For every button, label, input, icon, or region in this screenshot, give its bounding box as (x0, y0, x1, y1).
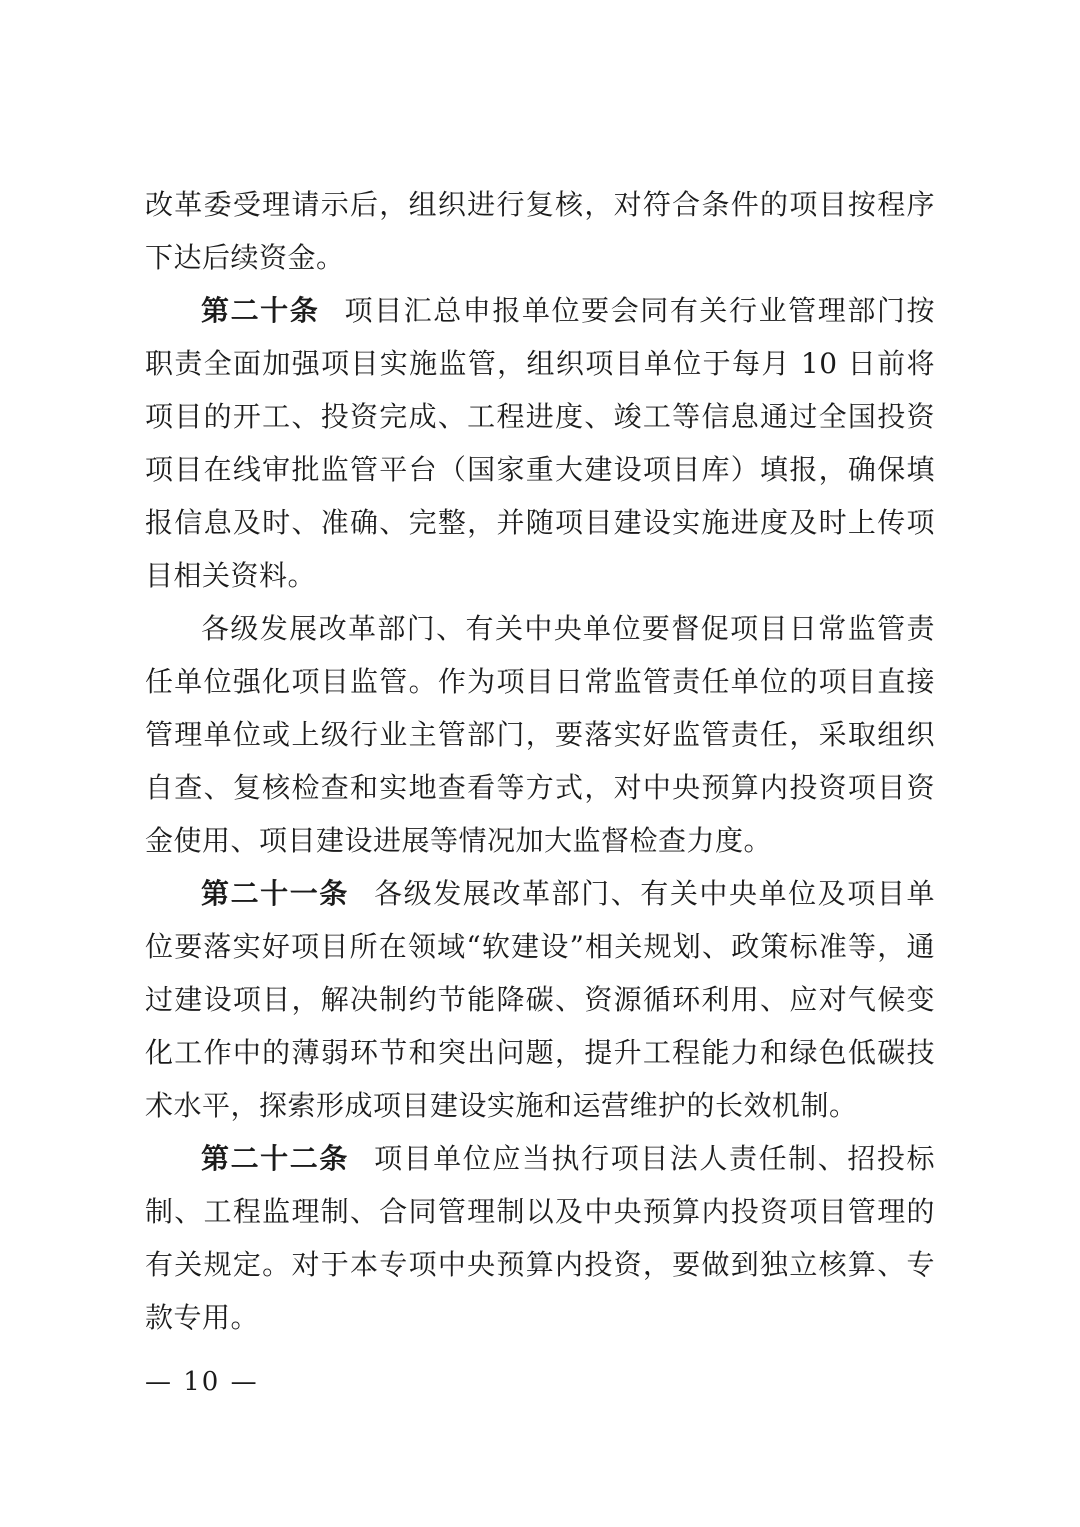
paragraph-text: 各级发展改革部门、有关中央单位要督促项目日常监管责任单位强化项目监管。作为项目日… (145, 612, 935, 857)
page-number-text: — 10 — (145, 1367, 259, 1397)
paragraph-article-21: 第二十一条各级发展改革部门、有关中央单位及项目单位要落实好项目所在领域“软建设”… (145, 867, 935, 1132)
document-page: 改革委受理请示后，组织进行复核，对符合条件的项目按程序下达后续资金。 第二十条项… (0, 0, 1080, 1527)
page-number: — 10 — (145, 1356, 935, 1409)
paragraph-article-22: 第二十二条项目单位应当执行项目法人责任制、招投标制、工程监理制、合同管理制以及中… (145, 1132, 935, 1344)
paragraph-text: 项目汇总申报单位要会同有关行业管理部门按职责全面加强项目实施监管，组织项目单位于… (145, 294, 935, 592)
paragraph-supervision: 各级发展改革部门、有关中央单位要督促项目日常监管责任单位强化项目监管。作为项目日… (145, 602, 935, 867)
article-20-heading: 第二十条 (201, 294, 319, 327)
paragraph-text: 改革委受理请示后，组织进行复核，对符合条件的项目按程序下达后续资金。 (145, 188, 935, 274)
article-22-heading: 第二十二条 (201, 1142, 349, 1175)
article-21-heading: 第二十一条 (201, 877, 349, 910)
paragraph-text: 各级发展改革部门、有关中央单位及项目单位要落实好项目所在领域“软建设”相关规划、… (145, 877, 935, 1122)
paragraph-article-20: 第二十条项目汇总申报单位要会同有关行业管理部门按职责全面加强项目实施监管，组织项… (145, 284, 935, 602)
paragraph-continuation: 改革委受理请示后，组织进行复核，对符合条件的项目按程序下达后续资金。 (145, 178, 935, 284)
